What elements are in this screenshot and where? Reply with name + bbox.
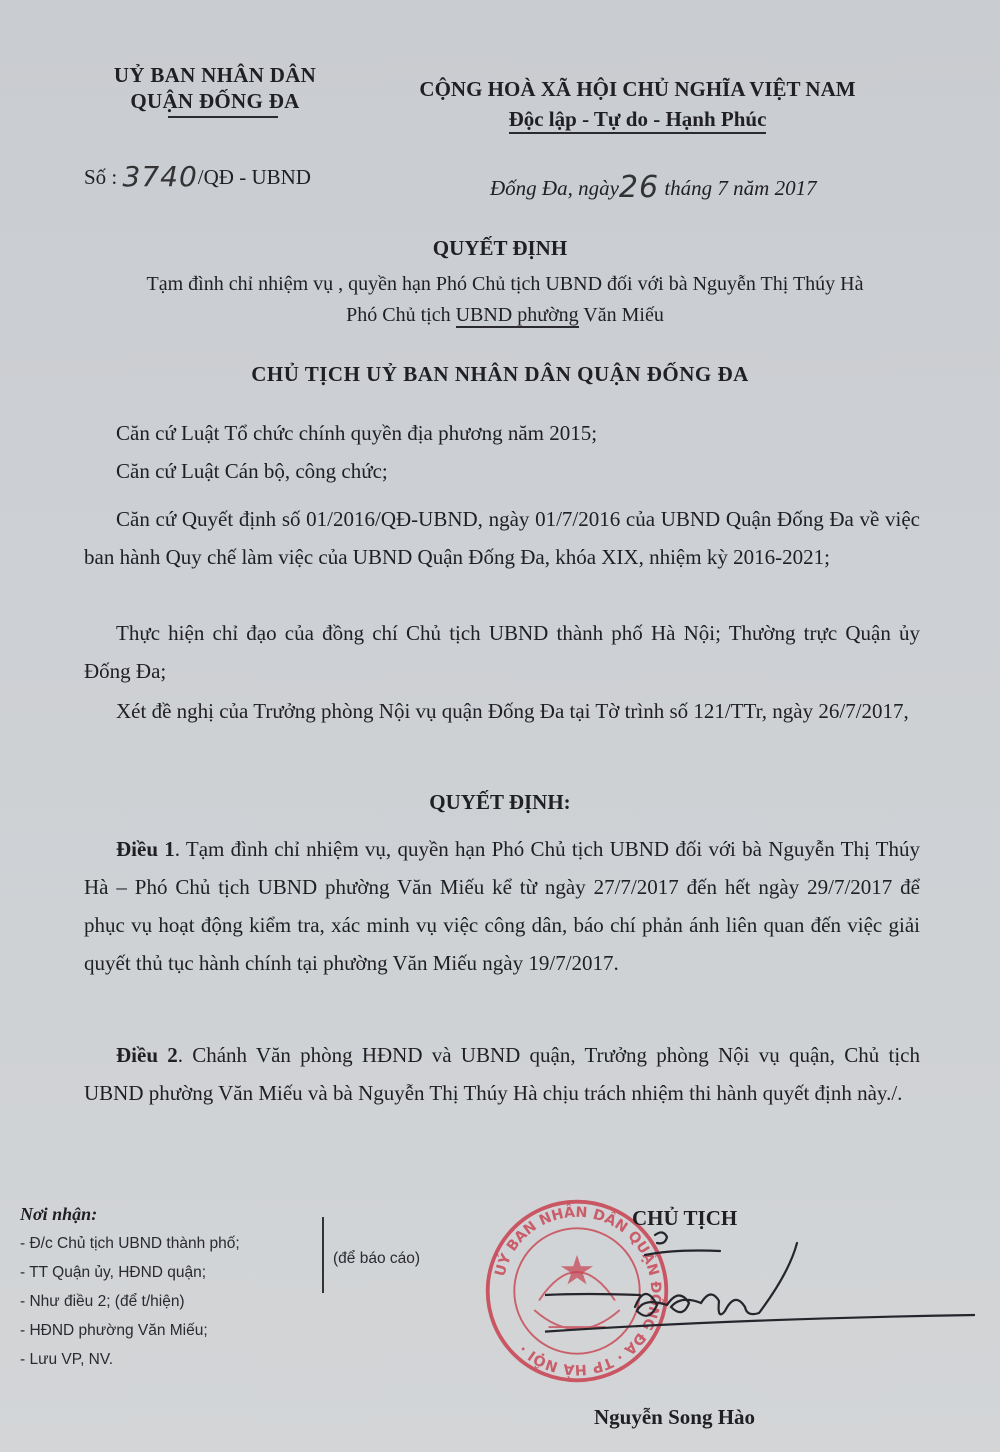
preamble-item: Thực hiện chỉ đạo của đồng chí Chủ tịch … bbox=[84, 614, 920, 690]
country-name: CỘNG HOÀ XÃ HỘI CHỦ NGHĨA VIỆT NAM bbox=[395, 74, 880, 104]
signer-name: Nguyễn Song Hào bbox=[594, 1405, 755, 1430]
issuing-agency: UỶ BAN NHÂN DÂN QUẬN ĐỐNG ĐA bbox=[60, 62, 370, 118]
recipient-item: - Lưu VP, NV. bbox=[20, 1345, 240, 1374]
preamble-item: Xét đề nghị của Trưởng phòng Nội vụ quận… bbox=[84, 692, 920, 730]
recipient-item: - Như điều 2; (để t/hiện) bbox=[20, 1287, 240, 1316]
decision-heading: QUYẾT ĐỊNH: bbox=[0, 790, 1000, 815]
handwritten-day: 26 bbox=[619, 170, 659, 205]
recipients-group-note: (để báo cáo) bbox=[333, 1250, 420, 1268]
national-motto: Độc lập - Tự do - Hạnh Phúc bbox=[509, 107, 767, 134]
document-page: UỶ BAN NHÂN DÂN QUẬN ĐỐNG ĐA CỘNG HOÀ XÃ… bbox=[0, 0, 1000, 1452]
agency-line-2: QUẬN ĐỐNG ĐA bbox=[60, 88, 370, 114]
agency-line-1: UỶ BAN NHÂN DÂN bbox=[60, 62, 370, 88]
document-subtitle: Tạm đình chỉ nhiệm vụ , quyền hạn Phó Ch… bbox=[90, 269, 920, 331]
national-header: CỘNG HOÀ XÃ HỘI CHỦ NGHĨA VIỆT NAM Độc l… bbox=[395, 74, 880, 134]
preamble-item: Căn cứ Quyết định số 01/2016/QĐ-UBND, ng… bbox=[84, 500, 920, 576]
recipients-title: Nơi nhận: bbox=[20, 1200, 240, 1229]
document-date: Đống Đa, ngày26 tháng 7 năm 2017 bbox=[490, 168, 817, 203]
article-1: Điều 1. Tạm đình chỉ nhiệm vụ, quyền hạn… bbox=[84, 830, 920, 982]
recipients-bracket bbox=[322, 1217, 324, 1293]
issuing-authority: CHỦ TỊCH UỶ BAN NHÂN DÂN QUẬN ĐỐNG ĐA bbox=[0, 362, 1000, 387]
preamble-item: Căn cứ Luật Tổ chức chính quyền địa phươ… bbox=[84, 414, 920, 452]
agency-underline bbox=[168, 116, 278, 118]
preamble-item: Căn cứ Luật Cán bộ, công chức; bbox=[84, 452, 920, 490]
recipient-item: - TT Quận ủy, HĐND quận; bbox=[20, 1258, 240, 1287]
document-title: QUYẾT ĐỊNH bbox=[0, 236, 1000, 261]
recipient-item: - Đ/c Chủ tịch UBND thành phố; bbox=[20, 1229, 240, 1258]
recipient-item: - HĐND phường Văn Miếu; bbox=[20, 1316, 240, 1345]
handwritten-number: 3740 bbox=[123, 160, 198, 193]
article-2: Điều 2. Chánh Văn phòng HĐND và UBND quậ… bbox=[84, 1036, 920, 1112]
document-number: Số : 3740/QĐ - UBND bbox=[84, 158, 311, 191]
handwritten-signature-icon bbox=[545, 1215, 975, 1385]
recipients: Nơi nhận: - Đ/c Chủ tịch UBND thành phố;… bbox=[20, 1200, 240, 1374]
